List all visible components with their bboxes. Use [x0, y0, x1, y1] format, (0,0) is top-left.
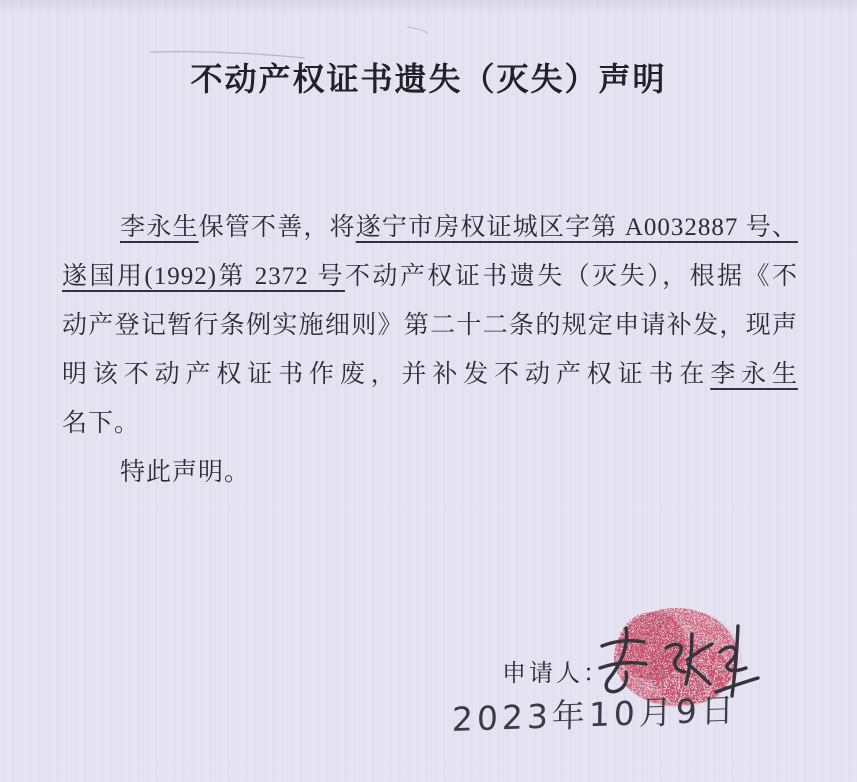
body-text: 不动产权证书遗失（灭失），根据《不	[345, 263, 798, 290]
body-text: 明该不动产权证书作废，并补发不动产权证书在	[62, 361, 710, 388]
certificate-number-underlined: 遂宁市房权证城区字第 A0032887 号、	[356, 214, 798, 241]
body-line-6: 特此声明。	[62, 448, 798, 497]
owner-name-underlined: 李永生	[120, 214, 199, 241]
body-line-2: 遂国用(1992)第 2372 号不动产权证书遗失（灭失），根据《不	[62, 252, 798, 301]
certificate-number-2-underlined: 遂国用(1992)第 2372 号	[62, 263, 345, 290]
body-line-1: 李永生保管不善，将遂宁市房权证城区字第 A0032887 号、	[62, 203, 798, 252]
body-text: 名下。	[62, 410, 140, 437]
document-title: 不动产权证书遗失（灭失）声明	[0, 54, 857, 100]
handwritten-date: 2023年10月9日	[452, 684, 739, 741]
owner-name-underlined-2: 李永生	[710, 361, 798, 388]
body-text: 动产登记暂行条例实施细则》第二十二条的规定申请补发，现声	[62, 312, 798, 339]
scanned-document-page: 不动产权证书遗失（灭失）声明 李永生保管不善，将遂宁市房权证城区字第 A0032…	[0, 0, 857, 782]
body-text: 保管不善，将	[199, 214, 356, 241]
declaration-body: 李永生保管不善，将遂宁市房权证城区字第 A0032887 号、 遂国用(1992…	[62, 203, 798, 497]
body-line-5: 名下。	[62, 399, 798, 448]
body-line-4: 明该不动产权证书作废，并补发不动产权证书在李永生	[62, 350, 798, 399]
body-line-3: 动产登记暂行条例实施细则》第二十二条的规定申请补发，现声	[62, 301, 798, 350]
closing-statement: 特此声明。	[120, 459, 250, 486]
